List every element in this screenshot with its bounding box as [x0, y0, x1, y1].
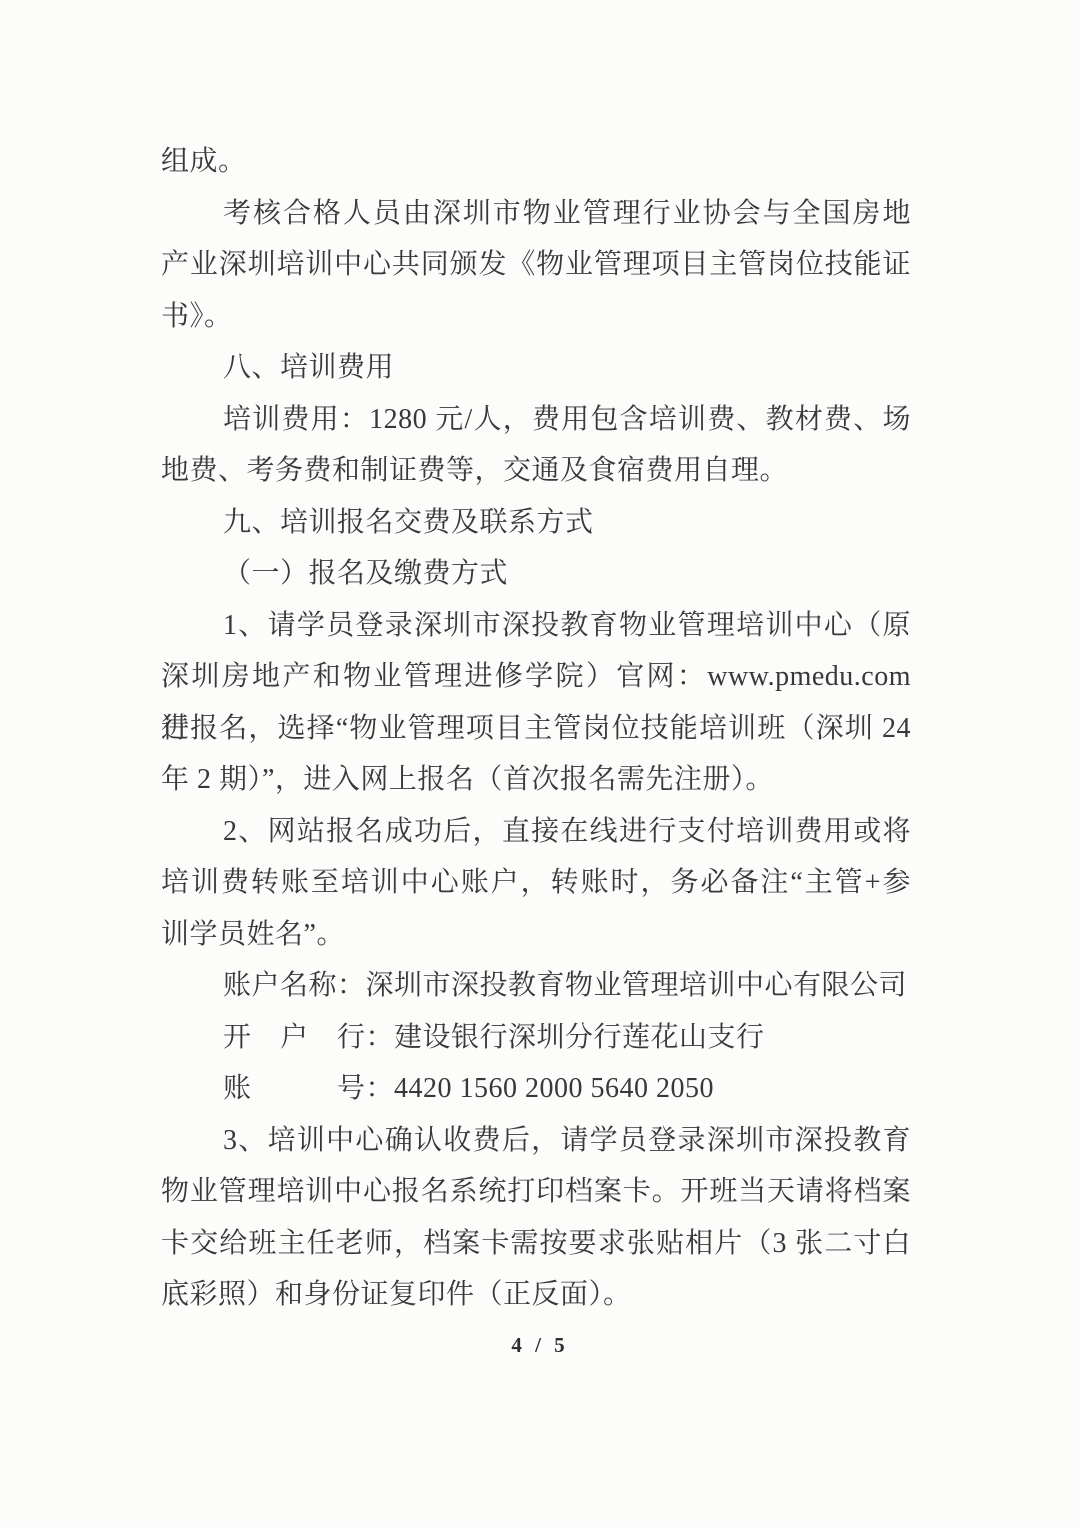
- text-line: 八、培训费用: [161, 342, 911, 394]
- page-footer: 4 / 5: [0, 1333, 1080, 1358]
- text-line: 2、网站报名成功后，直接在线进行支付培训费用或将: [161, 806, 911, 858]
- text-line: 3、培训中心确认收费后，请学员登录深圳市深投教育: [161, 1115, 911, 1167]
- text-line: 地费、考务费和制证费等，交通及食宿费用自理。: [161, 445, 911, 497]
- text-line: 培训费用：1280 元/人，费用包含培训费、教材费、场: [161, 394, 911, 446]
- text-line: 卡交给班主任老师，档案卡需按要求张贴相片（3 张二寸白: [161, 1218, 911, 1270]
- text-line: 物业管理培训中心报名系统打印档案卡。开班当天请将档案: [161, 1166, 911, 1218]
- text-line: 考核合格人员由深圳市物业管理行业协会与全国房地: [161, 188, 911, 240]
- text-line: 培训费转账至培训中心账户，转账时，务必备注“主管+参: [161, 857, 911, 909]
- text-line: 深圳房地产和物业管理进修学院）官网：www.pmedu.com 进: [161, 651, 911, 703]
- text-line: 1、请学员登录深圳市深投教育物业管理培训中心（原: [161, 600, 911, 652]
- text-line: （一）报名及缴费方式: [161, 548, 911, 600]
- text-line: 书》。: [161, 291, 911, 343]
- text-line: 底彩照）和身份证复印件（正反面）。: [161, 1269, 911, 1321]
- text-line: 训学员姓名”。: [161, 909, 911, 961]
- text-line: 产业深圳培训中心共同颁发《物业管理项目主管岗位技能证: [161, 239, 911, 291]
- text-line: 行报名，选择“物业管理项目主管岗位技能培训班（深圳 24: [161, 703, 911, 755]
- page-number: 4 / 5: [511, 1333, 568, 1357]
- text-body: 组成。考核合格人员由深圳市物业管理行业协会与全国房地产业深圳培训中心共同颁发《物…: [161, 136, 911, 1321]
- document-page: 组成。考核合格人员由深圳市物业管理行业协会与全国房地产业深圳培训中心共同颁发《物…: [0, 0, 1080, 1527]
- text-line: 账户名称：深圳市深投教育物业管理培训中心有限公司: [161, 960, 911, 1012]
- text-line: 组成。: [161, 136, 911, 188]
- text-line: 九、培训报名交费及联系方式: [161, 497, 911, 549]
- text-line: 账 号：4420 1560 2000 5640 2050: [161, 1063, 911, 1115]
- text-line: 开 户 行：建设银行深圳分行莲花山支行: [161, 1012, 911, 1064]
- text-line: 年 2 期）”，进入网上报名（首次报名需先注册）。: [161, 754, 911, 806]
